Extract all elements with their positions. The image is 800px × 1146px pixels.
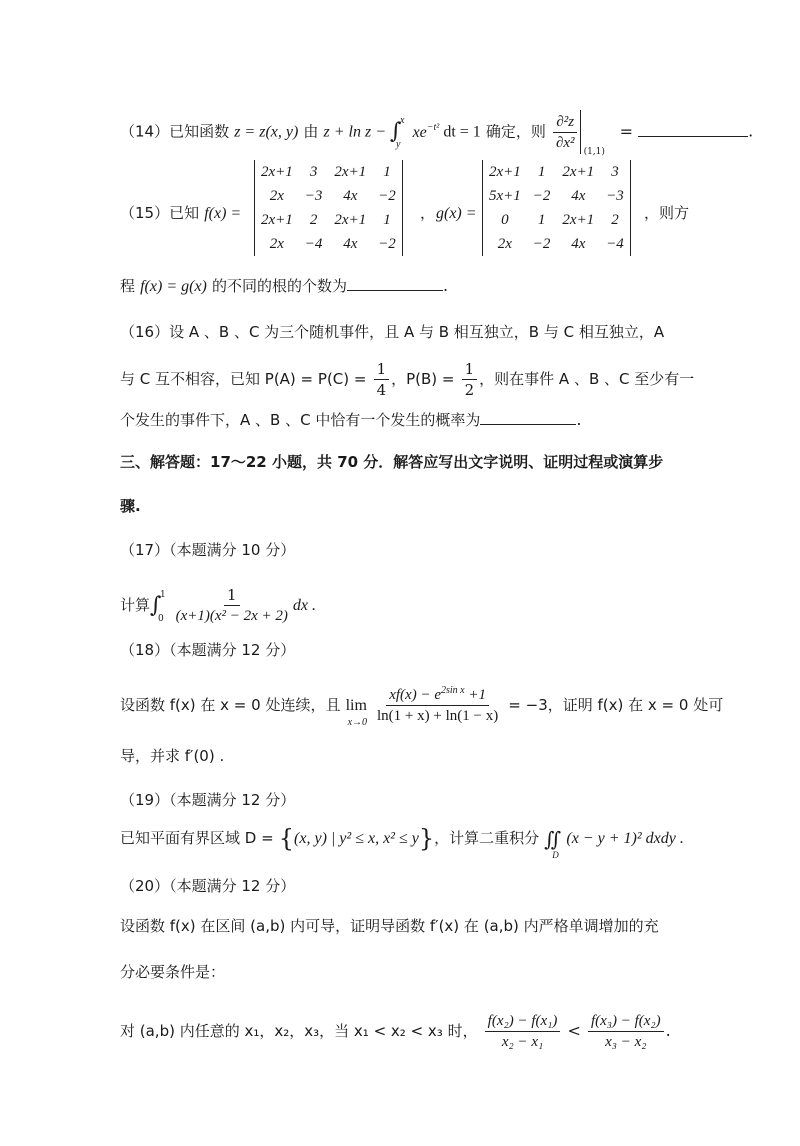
determinant-cell: 0 (483, 208, 527, 232)
determinant-cell: 2x+1 (255, 160, 299, 184)
determinant-cell: −2 (372, 184, 402, 208)
determinant-row: 5x+1−24x−3 (483, 184, 630, 208)
determinant-row: 2x−24x−4 (483, 232, 630, 256)
determinant-cell: 2x+1 (255, 208, 299, 232)
determinant-cell: 4x (556, 232, 600, 256)
determinant-cell: −2 (527, 184, 557, 208)
f-determinant: 2x+132x+112x−34x−22x+122x+112x−44x−2 (254, 160, 403, 256)
determinant-cell: −2 (527, 232, 557, 256)
determinant-cell: 4x (328, 232, 372, 256)
determinant-cell: 1 (527, 160, 557, 184)
determinant-cell: 2 (600, 208, 630, 232)
answer-blank (347, 276, 443, 291)
answer-blank (638, 122, 748, 137)
determinant-cell: 1 (372, 160, 402, 184)
answer-blank (480, 410, 576, 425)
determinant-row: 2x+122x+11 (255, 208, 402, 232)
determinant-cell: −2 (372, 232, 402, 256)
determinant-cell: 2x (255, 184, 299, 208)
determinant-cell: 3 (600, 160, 630, 184)
determinant-row: 2x−44x−2 (255, 232, 402, 256)
determinant-cell: −3 (299, 184, 329, 208)
determinant-cell: 4x (328, 184, 372, 208)
determinant-cell: 2x (255, 232, 299, 256)
g-determinant: 2x+112x+135x+1−24x−3012x+122x−24x−4 (482, 160, 631, 256)
determinant-cell: 2x+1 (556, 160, 600, 184)
determinant-cell: −4 (600, 232, 630, 256)
determinant-cell: 2x+1 (483, 160, 527, 184)
determinant-row: 2x−34x−2 (255, 184, 402, 208)
determinant-cell: 2 (299, 208, 329, 232)
determinant-cell: −4 (299, 232, 329, 256)
question-14: （14）已知函数 z = z(x, y) 由 z + ln z − ∫xy xe… (120, 110, 753, 154)
determinant-cell: 2x+1 (556, 208, 600, 232)
exam-page: （14）已知函数 z = z(x, y) 由 z + ln z − ∫xy xe… (0, 0, 800, 1146)
determinant-cell: 1 (372, 208, 402, 232)
determinant-cell: 2x (483, 232, 527, 256)
determinant-row: 2x+112x+13 (483, 160, 630, 184)
determinant-cell: 2x+1 (328, 208, 372, 232)
determinant-cell: 3 (299, 160, 329, 184)
determinant-row: 012x+12 (483, 208, 630, 232)
determinant-cell: 5x+1 (483, 184, 527, 208)
determinant-cell: 1 (527, 208, 557, 232)
q14-number: （14） (120, 123, 169, 141)
determinant-row: 2x+132x+11 (255, 160, 402, 184)
integral-sign: ∫xy (390, 119, 401, 144)
determinant-cell: −3 (600, 184, 630, 208)
partial-derivative: ∂²z∂x² (553, 113, 578, 152)
determinant-cell: 4x (556, 184, 600, 208)
determinant-cell: 2x+1 (328, 160, 372, 184)
